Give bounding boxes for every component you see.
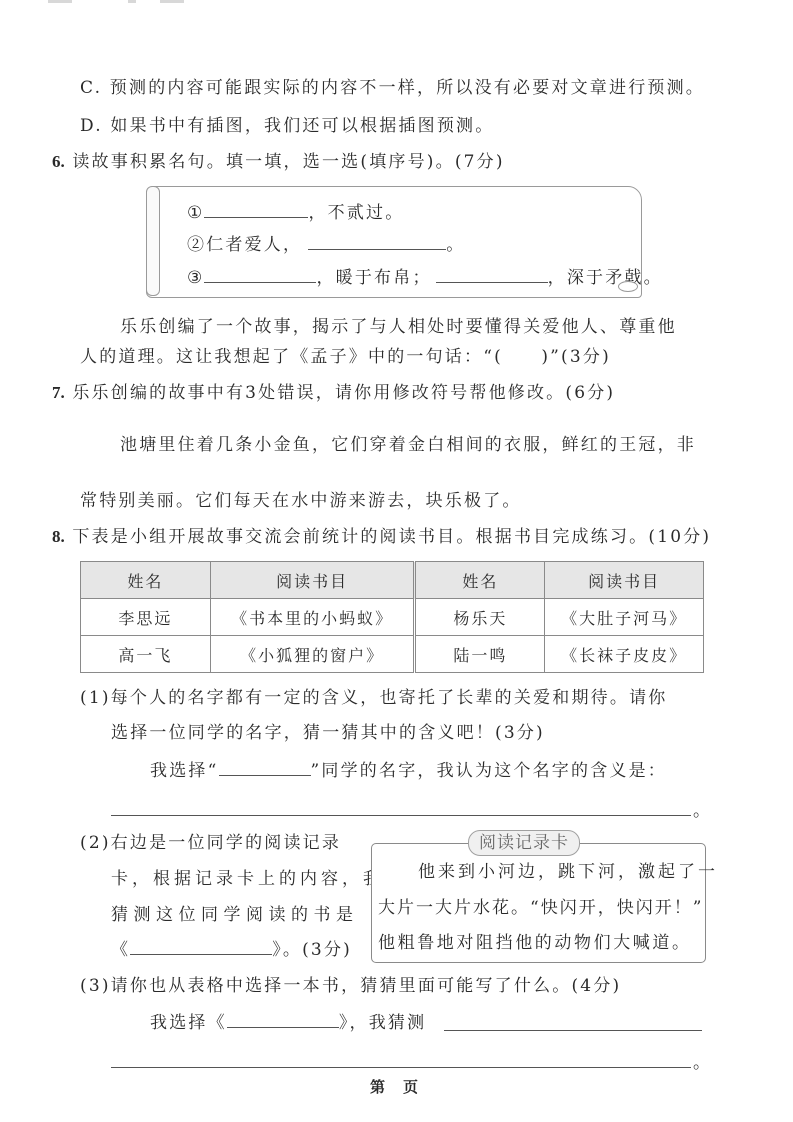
item-text: 。	[446, 235, 465, 255]
item-number: ①	[187, 203, 204, 223]
question-prompt: 乐乐创编的故事中有3处错误，请你用修改符号帮他修改。(6分)	[72, 383, 615, 403]
sub3-line-1: (3)请你也从表格中选择一本书，猜猜里面可能写了什么。(4分)	[80, 975, 621, 997]
header-name: 姓名	[415, 562, 545, 599]
q6-paragraph-line-2: 人的道理。这让我想起了《孟子》中的一句话：“( )”(3分)	[80, 346, 611, 368]
table-header-row: 姓名 阅读书目 姓名 阅读书目	[81, 562, 704, 599]
sub2-line-2: 卡，根据记录卡上的内容，我	[111, 868, 384, 890]
top-edge-mark	[160, 0, 184, 3]
answer-blank[interactable]	[204, 268, 316, 283]
end-mark: 。	[693, 800, 712, 822]
item-text: ，不贰过。	[308, 203, 404, 223]
table-row: 高一飞 《小狐狸的窗户》 陆一鸣 《长袜子皮皮》	[81, 636, 704, 673]
student-name: 陆一鸣	[415, 636, 545, 673]
question-number: 7.	[52, 383, 65, 402]
sub1-line-1: (1)每个人的名字都有一定的含义，也寄托了长辈的关爱和期待。请你	[80, 687, 667, 709]
book-title: 《书本里的小蚂蚁》	[210, 599, 415, 636]
scroll-rod-decoration	[146, 186, 160, 296]
card-line-2: 大片一大片水花。“快闪开，快闪开！”	[378, 897, 703, 919]
answer-mid: 》，我猜测	[339, 1013, 427, 1033]
question-6: 6. 读故事积累名句。填一填，选一选(填序号)。(7分)	[52, 151, 505, 173]
table-row: 李思远 《书本里的小蚂蚁》 杨乐天 《大肚子河马》	[81, 599, 704, 636]
sub2-line-3: 猜测这位同学阅读的书是	[111, 904, 359, 926]
answer-blank[interactable]	[204, 203, 308, 218]
book-title: 《小狐狸的窗户》	[210, 636, 415, 673]
header-book: 阅读书目	[210, 562, 415, 599]
question-8: 8. 下表是小组开展故事交流会前统计的阅读书目。根据书目完成练习。(10分)	[52, 526, 711, 548]
sub2-line-1: (2)右边是一位同学的阅读记录	[80, 832, 341, 854]
reading-record-card: 他来到小河边，跳下河，激起了一 大片一大片水花。“快闪开，快闪开！” 他粗鲁地对…	[371, 843, 706, 963]
page-footer: 第页	[370, 1076, 436, 1097]
question-number: 6.	[52, 152, 65, 171]
sub2-answer-line: 《》。(3分)	[111, 939, 352, 961]
quote-item-2: ②仁者爱人，。	[187, 234, 465, 256]
sub1-answer-line: 我选择“”同学的名字，我认为这个名字的含义是：	[150, 760, 667, 782]
sub3-answer-line: 我选择《》，我猜测	[150, 1012, 426, 1034]
item-number: ③	[187, 268, 204, 288]
option-c: C. 预测的内容可能跟实际的内容不一样，所以没有必要对文章进行预测。	[80, 77, 705, 99]
reading-list-table: 姓名 阅读书目 姓名 阅读书目 李思远 《书本里的小蚂蚁》 杨乐天 《大肚子河马…	[80, 561, 704, 673]
answer-prefix: 我选择《	[150, 1013, 227, 1033]
answer-prefix: 我选择“	[150, 761, 219, 781]
question-prompt: 读故事积累名句。填一填，选一选(填序号)。(7分)	[72, 152, 504, 172]
quote-item-1: ①，不贰过。	[187, 202, 404, 224]
card-line-1: 他来到小河边，跳下河，激起了一	[418, 861, 718, 883]
answer-suffix: 》。(3分)	[272, 940, 352, 960]
answer-blank[interactable]	[308, 235, 446, 250]
answer-blank[interactable]	[436, 268, 548, 283]
book-title: 《长袜子皮皮》	[545, 636, 704, 673]
option-d: D. 如果书中有插图，我们还可以根据插图预测。	[80, 115, 494, 137]
q7-story-line-1: 池塘里住着几条小金鱼，它们穿着金白相间的衣服，鲜红的王冠，非	[120, 434, 696, 456]
card-line-3: 他粗鲁地对阻挡他的动物们大喊道。	[378, 932, 692, 954]
question-7: 7. 乐乐创编的故事中有3处错误，请你用修改符号帮他修改。(6分)	[52, 382, 615, 404]
student-name: 杨乐天	[415, 599, 545, 636]
sub1-line-2: 选择一位同学的名字，猜一猜其中的含义吧！(3分)	[111, 722, 545, 744]
header-book: 阅读书目	[545, 562, 704, 599]
q6-paragraph-line-1: 乐乐创编了一个故事，揭示了与人相处时要懂得关爱他人、尊重他	[120, 316, 677, 338]
q7-story-line-2: 常特别美丽。它们每天在水中游来游去，块乐极了。	[80, 490, 522, 512]
quote-scroll: ①，不贰过。 ②仁者爱人，。 ③，暖于布帛；，深于矛戟。	[146, 186, 642, 298]
student-name: 高一飞	[81, 636, 211, 673]
question-prompt: 下表是小组开展故事交流会前统计的阅读书目。根据书目完成练习。(10分)	[72, 527, 711, 547]
card-title: 阅读记录卡	[468, 830, 580, 856]
answer-prefix: 《	[111, 940, 130, 960]
item-text: ②仁者爱人，	[187, 235, 302, 255]
guess-answer-blank[interactable]	[444, 1030, 702, 1031]
quote-item-3: ③，暖于布帛；，深于矛戟。	[187, 267, 663, 289]
header-name: 姓名	[81, 562, 211, 599]
book-title-blank[interactable]	[130, 940, 272, 955]
scroll-curl-decoration	[618, 281, 638, 292]
item-text: ，深于矛戟。	[548, 268, 663, 288]
top-edge-mark	[48, 0, 72, 3]
meaning-answer-blank[interactable]	[111, 815, 691, 816]
answer-suffix: ”同学的名字，我认为这个名字的含义是：	[311, 761, 668, 781]
book-choice-blank[interactable]	[227, 1013, 339, 1028]
book-title: 《大肚子河马》	[545, 599, 704, 636]
item-text: ，暖于布帛；	[316, 268, 431, 288]
question-number: 8.	[52, 527, 65, 546]
name-blank[interactable]	[219, 761, 311, 776]
guess-answer-blank-2[interactable]	[111, 1067, 691, 1068]
student-name: 李思远	[81, 599, 211, 636]
end-mark: 。	[693, 1052, 712, 1074]
top-edge-mark	[128, 0, 136, 3]
